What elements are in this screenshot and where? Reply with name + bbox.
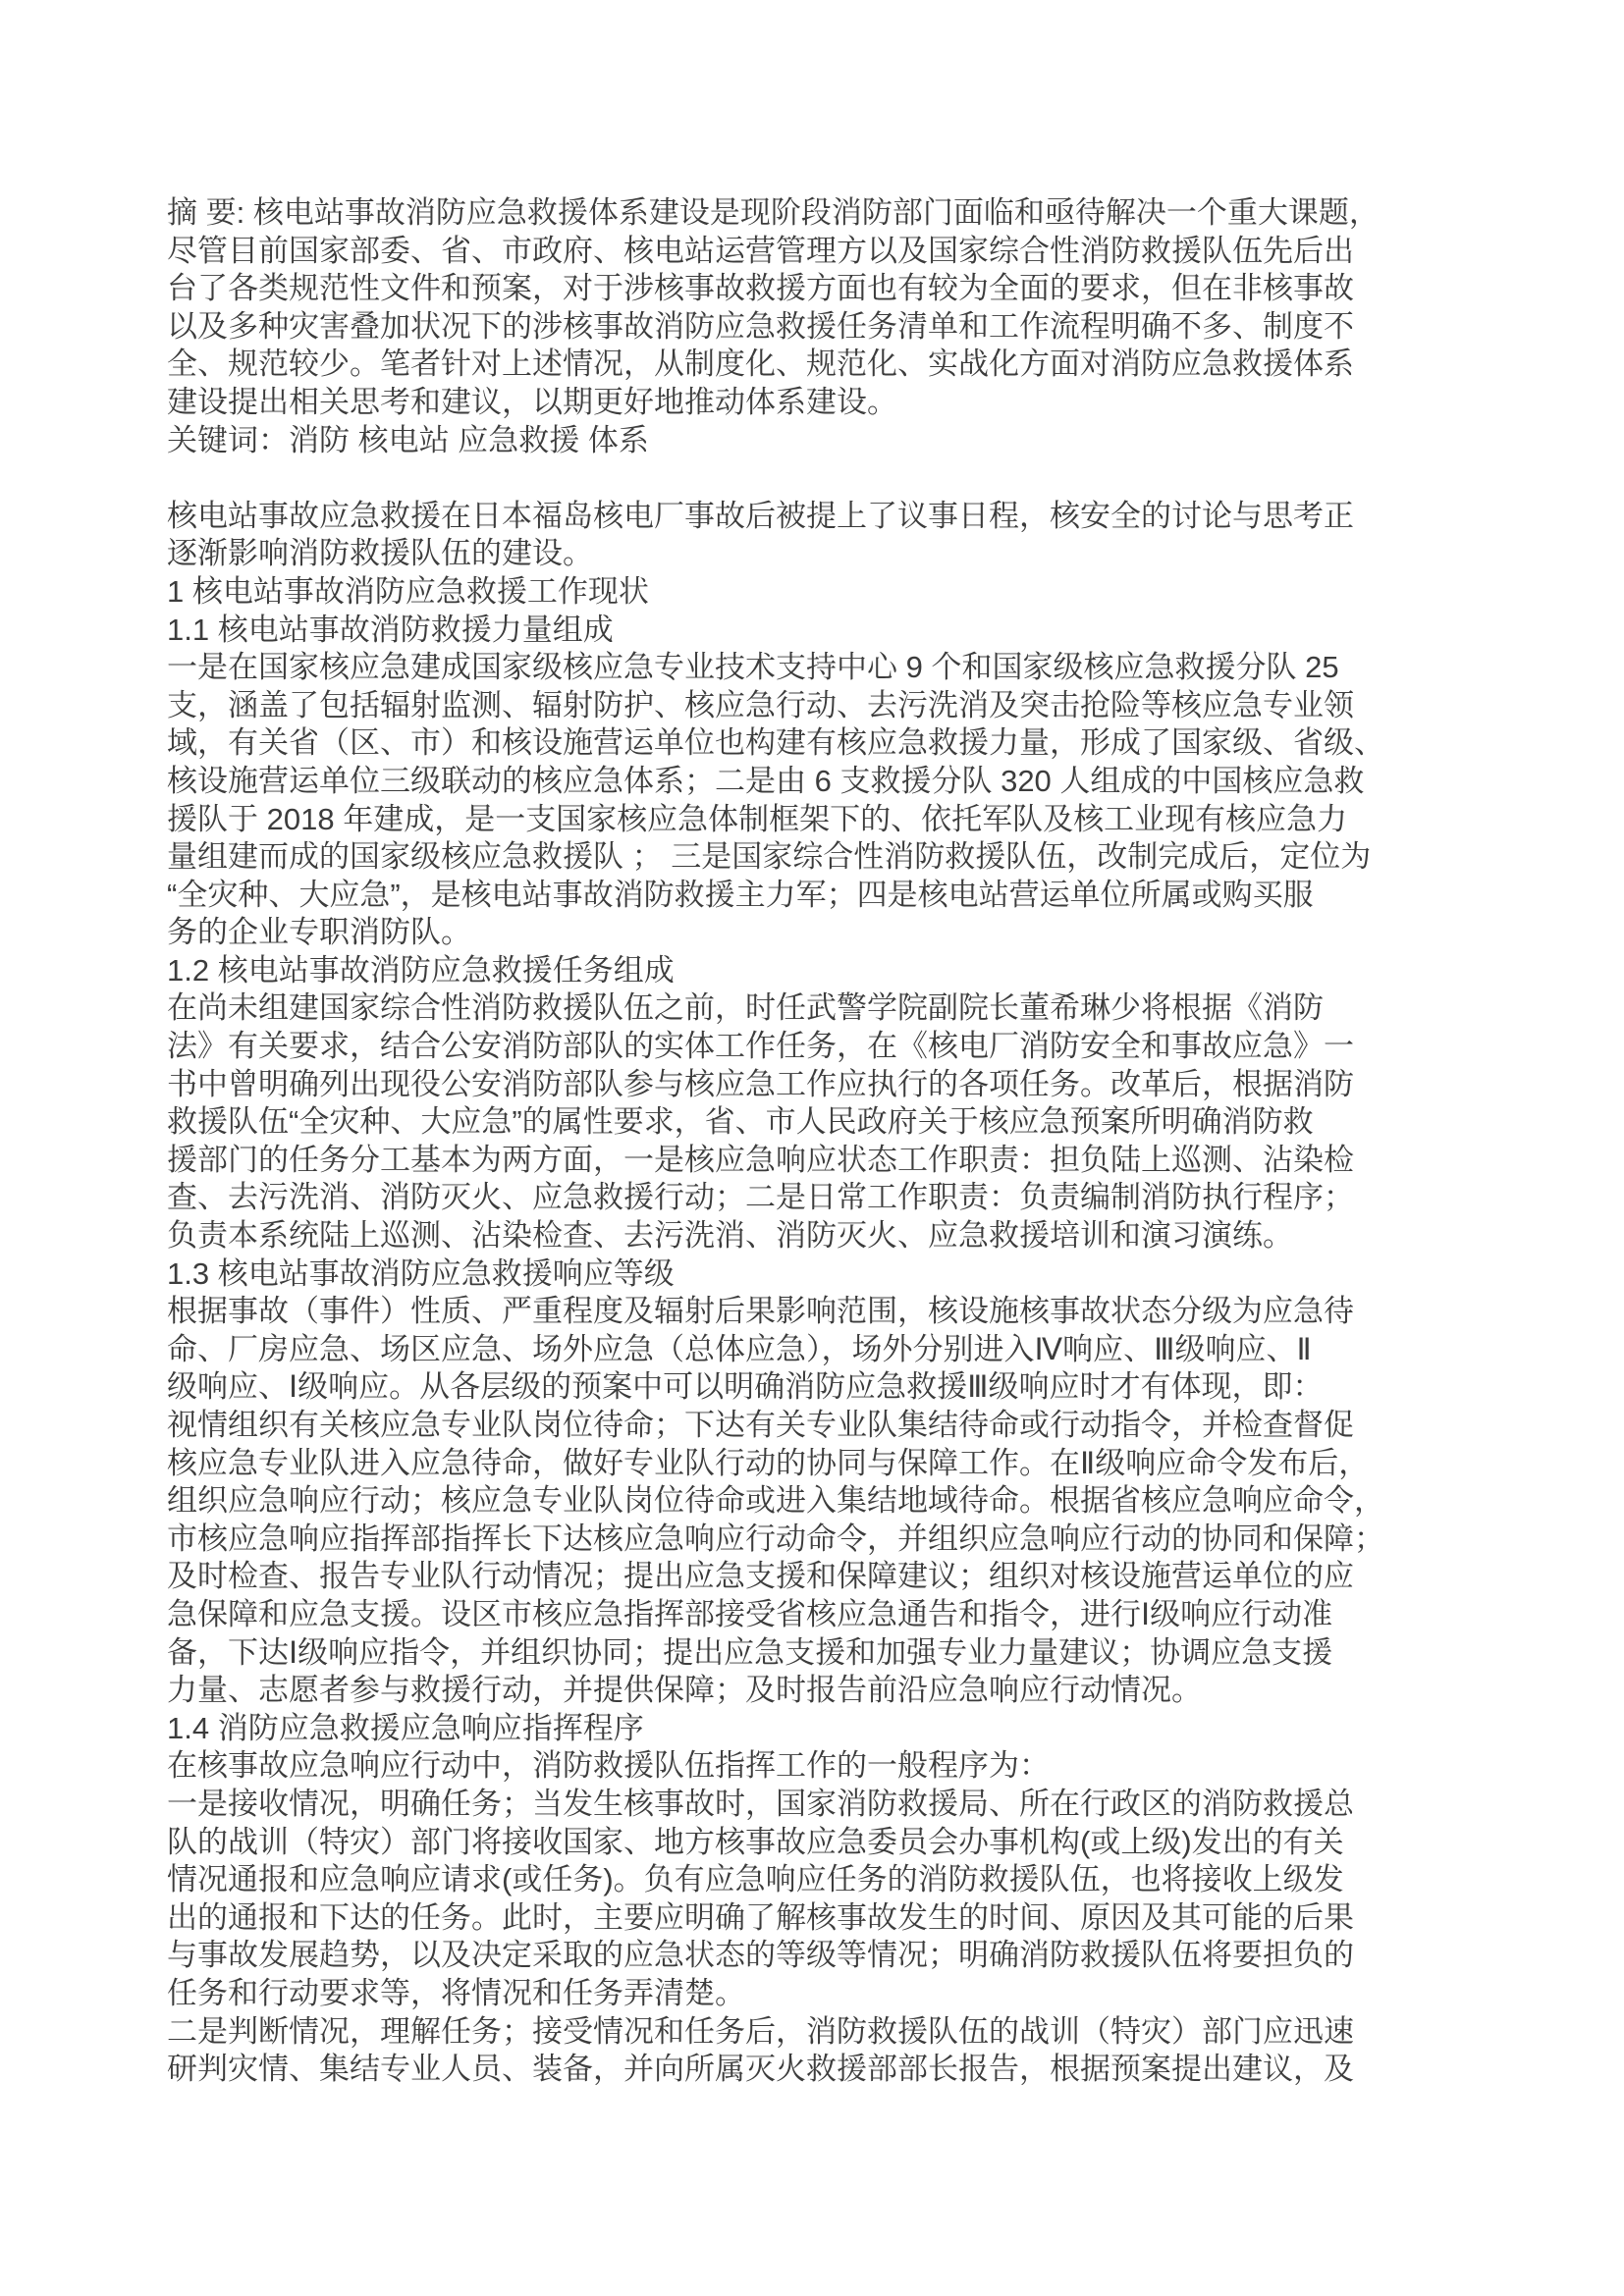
text-line: 在尚未组建国家综合性消防救援队伍之前，时任武警学院副院长董希琳少将根据《消防 — [167, 989, 1478, 1028]
text-line: 援部门的任务分工基本为两方面，一是核应急响应状态工作职责：担负陆上巡测、沾染检 — [167, 1142, 1478, 1180]
text-line: 量组建而成的国家级核应急救援队 ； 三是国家综合性消防救援队伍，改制完成后，定位… — [167, 838, 1478, 877]
text-line: 一是接收情况，明确任务；当发生核事故时，国家消防救援局、所在行政区的消防救援总 — [167, 1786, 1478, 1824]
text-line: 力量、志愿者参与救援行动，并提供保障；及时报告前沿应急响应行动情况。 — [167, 1672, 1478, 1710]
text-line: 任务和行动要求等，将情况和任务弄清楚。 — [167, 1975, 1478, 2013]
text-line: 出的通报和下达的任务。此时，主要应明确了解核事故发生的时间、原因及其可能的后果 — [167, 1899, 1478, 1938]
text-line: 级响应、Ⅰ级响应。从各层级的预案中可以明确消防应急救援Ⅲ级响应时才有体现，即： — [167, 1368, 1478, 1407]
text-line: 及时检查、报告专业队行动情况；提出应急支援和保障建议；组织对核设施营运单位的应 — [167, 1558, 1478, 1596]
text-line: 视情组织有关核应急专业队岗位待命；下达有关专业队集结待命或行动指令，并检查督促 — [167, 1407, 1478, 1445]
text-line: 援队于 2018 年建成，是一支国家核应急体制框架下的、依托军队及核工业现有核应… — [167, 801, 1478, 839]
text-line: 全、规范较少。笔者针对上述情况，从制度化、规范化、实战化方面对消防应急救援体系 — [167, 346, 1478, 384]
text-line: 1.4 消防应急救援应急响应指挥程序 — [167, 1710, 1478, 1748]
text-line: 根据事故（事件）性质、严重程度及辐射后果影响范围，核设施核事故状态分级为应急待 — [167, 1293, 1478, 1331]
text-line: 摘 要: 核电站事故消防应急救援体系建设是现阶段消防部门面临和亟待解决一个重大课… — [167, 194, 1478, 233]
text-line: 命、厂房应急、场区应急、场外应急（总体应急），场外分别进入Ⅳ响应、Ⅲ级响应、Ⅱ — [167, 1331, 1478, 1369]
text-line: 1.3 核电站事故消防应急救援响应等级 — [167, 1255, 1478, 1294]
text-line: 逐渐影响消防救援队伍的建设。 — [167, 535, 1478, 573]
text-line: 研判灾情、集结专业人员、装备，并向所属灭火救援部部长报告，根据预案提出建议，及 — [167, 2051, 1478, 2089]
text-line — [167, 459, 1478, 498]
text-line: 核应急专业队进入应急待命，做好专业队行动的协同与保障工作。在Ⅱ级响应命令发布后， — [167, 1445, 1478, 1483]
text-line: 队的战训（特灾）部门将接收国家、地方核事故应急委员会办事机构(或上级)发出的有关 — [167, 1824, 1478, 1862]
text-line: 核设施营运单位三级联动的核应急体系；二是由 6 支救援分队 320 人组成的中国… — [167, 763, 1478, 801]
text-line: 二是判断情况，理解任务；接受情况和任务后，消防救援队伍的战训（特灾）部门应迅速 — [167, 2013, 1478, 2052]
text-line: 急保障和应急支援。设区市核应急指挥部接受省核应急通告和指令，进行Ⅰ级响应行动准 — [167, 1596, 1478, 1634]
text-line: “全灾种、大应急”，是核电站事故消防救援主力军；四是核电站营运单位所属或购买服 — [167, 877, 1478, 915]
text-line: 1 核电站事故消防应急救援工作现状 — [167, 573, 1478, 612]
text-line: 在核事故应急响应行动中，消防救援队伍指挥工作的一般程序为： — [167, 1747, 1478, 1786]
text-line: 1.2 核电站事故消防应急救援任务组成 — [167, 952, 1478, 990]
text-line: 支，涵盖了包括辐射监测、辐射防护、核应急行动、去污洗消及突击抢险等核应急专业领 — [167, 687, 1478, 725]
text-line: 救援队伍“全灾种、大应急”的属性要求，省、市人民政府关于核应急预案所明确消防救 — [167, 1103, 1478, 1142]
text-line: 组织应急响应行动；核应急专业队岗位待命或进入集结地域待命。根据省核应急响应命令， — [167, 1482, 1478, 1521]
document-page: 摘 要: 核电站事故消防应急救援体系建设是现阶段消防部门面临和亟待解决一个重大课… — [0, 0, 1624, 2296]
text-line: 1.1 核电站事故消防救援力量组成 — [167, 612, 1478, 650]
text-line: 务的企业专职消防队。 — [167, 914, 1478, 952]
text-line: 市核应急响应指挥部指挥长下达核应急响应行动命令，并组织应急响应行动的协同和保障； — [167, 1521, 1478, 1559]
text-line: 与事故发展趋势，以及决定采取的应急状态的等级等情况；明确消防救援队伍将要担负的 — [167, 1937, 1478, 1975]
text-line: 尽管目前国家部委、省、市政府、核电站运营管理方以及国家综合性消防救援队伍先后出 — [167, 233, 1478, 271]
text-line: 情况通报和应急响应请求(或任务)。负有应急响应任务的消防救援队伍，也将接收上级发 — [167, 1861, 1478, 1899]
text-line: 备，下达Ⅰ级响应指令，并组织协同；提出应急支援和加强专业力量建议；协调应急支援 — [167, 1634, 1478, 1673]
text-line: 核电站事故应急救援在日本福岛核电厂事故后被提上了议事日程，核安全的讨论与思考正 — [167, 498, 1478, 536]
text-line: 域，有关省（区、市）和核设施营运单位也构建有核应急救援力量，形成了国家级、省级、 — [167, 724, 1478, 763]
text-line: 书中曾明确列出现役公安消防部队参与核应急工作应执行的各项任务。改革后，根据消防 — [167, 1066, 1478, 1104]
text-line: 查、去污洗消、消防灭火、应急救援行动；二是日常工作职责：负责编制消防执行程序； — [167, 1179, 1478, 1217]
document-text: 摘 要: 核电站事故消防应急救援体系建设是现阶段消防部门面临和亟待解决一个重大课… — [167, 194, 1478, 2089]
text-line: 台了各类规范性文件和预案，对于涉核事故救援方面也有较为全面的要求，但在非核事故 — [167, 270, 1478, 308]
text-line: 一是在国家核应急建成国家级核应急专业技术支持中心 9 个和国家级核应急救援分队 … — [167, 649, 1478, 687]
text-line: 以及多种灾害叠加状况下的涉核事故消防应急救援任务清单和工作流程明确不多、制度不 — [167, 308, 1478, 347]
text-line: 关键词：消防 核电站 应急救援 体系 — [167, 422, 1478, 460]
text-line: 法》有关要求，结合公安消防部队的实体工作任务，在《核电厂消防安全和事故应急》一 — [167, 1028, 1478, 1066]
text-line: 负责本系统陆上巡测、沾染检查、去污洗消、消防灭火、应急救援培训和演习演练。 — [167, 1217, 1478, 1255]
text-line: 建设提出相关思考和建议，以期更好地推动体系建设。 — [167, 384, 1478, 422]
